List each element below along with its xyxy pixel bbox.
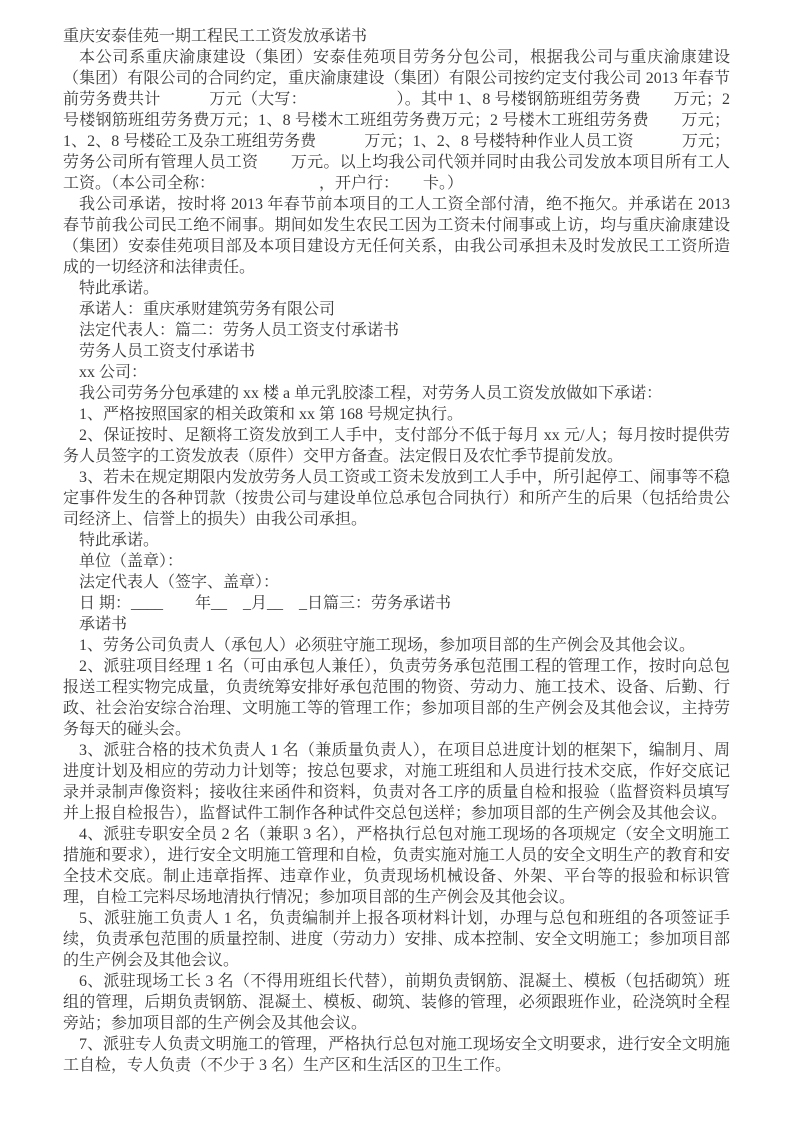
- paragraph-18: 2、派驻项目经理 1 名（可由承包人兼任），负责劳务承包范围工程的管理工作，按时…: [63, 656, 730, 740]
- document-page: 重庆安泰佳苑一期工程民工工资发放承诺书 本公司系重庆渝康建设（集团）安泰佳苑项目…: [0, 0, 794, 1123]
- paragraph-22: 6、派驻现场工长 3 名（不得用班组长代替），前期负责钢筋、混凝土、模板（包括砌…: [63, 971, 730, 1034]
- document-body: 本公司系重庆渝康建设（集团）安泰佳苑项目劳务分包公司，根据我公司与重庆渝康建设（…: [63, 47, 730, 1076]
- paragraph-14: 法定代表人（签字、盖章）：: [63, 572, 730, 593]
- paragraph-6: 劳务人员工资支付承诺书: [63, 341, 730, 362]
- paragraph-5: 法定代表人：篇二：劳务人员工资支付承诺书: [63, 320, 730, 341]
- paragraph-19: 3、派驻合格的技术负责人 1 名（兼质量负责人），在项目总进度计划的框架下，编制…: [63, 740, 730, 824]
- paragraph-3: 特此承诺。: [63, 278, 730, 299]
- paragraph-2: 我公司承诺，按时将 2013 年春节前本项目的工人工资全部付清，绝不拖欠。并承诺…: [63, 194, 730, 278]
- paragraph-23: 7、派驻专人负责文明施工的管理，严格执行总包对施工现场安全文明要求，进行安全文明…: [63, 1034, 730, 1076]
- paragraph-21: 5、派驻施工负责人 1 名，负责编制并上报各项材料计划，办理与总包和班组的各项签…: [63, 908, 730, 971]
- document-title: 重庆安泰佳苑一期工程民工工资发放承诺书: [63, 26, 730, 47]
- paragraph-1: 本公司系重庆渝康建设（集团）安泰佳苑项目劳务分包公司，根据我公司与重庆渝康建设（…: [63, 47, 730, 194]
- paragraph-12: 特此承诺。: [63, 530, 730, 551]
- paragraph-9: 1、严格按照国家的相关政策和 xx 第 168 号规定执行。: [63, 404, 730, 425]
- paragraph-7: xx 公司：: [63, 362, 730, 383]
- paragraph-16: 承诺书: [63, 614, 730, 635]
- paragraph-10: 2、保证按时、足额将工资发放到工人手中，支付部分不低于每月 xx 元/人；每月按…: [63, 425, 730, 467]
- paragraph-8: 我公司劳务分包承建的 xx 楼 a 单元乳胶漆工程，对劳务人员工资发放做如下承诺…: [63, 383, 730, 404]
- paragraph-15: 日 期：____ 年__ _月__ _日篇三：劳务承诺书: [63, 593, 730, 614]
- paragraph-20: 4、派驻专职安全员 2 名（兼职 3 名），严格执行总包对施工现场的各项规定（安…: [63, 824, 730, 908]
- paragraph-17: 1、劳务公司负责人（承包人）必须驻守施工现场，参加项目部的生产例会及其他会议。: [63, 635, 730, 656]
- paragraph-4: 承诺人：重庆承财建筑劳务有限公司: [63, 299, 730, 320]
- paragraph-13: 单位（盖章）：: [63, 551, 730, 572]
- paragraph-11: 3、若未在规定期限内发放劳务人员工资或工资未发放到工人手中，所引起停工、闹事等不…: [63, 467, 730, 530]
- document-content: 重庆安泰佳苑一期工程民工工资发放承诺书 本公司系重庆渝康建设（集团）安泰佳苑项目…: [63, 26, 730, 1076]
